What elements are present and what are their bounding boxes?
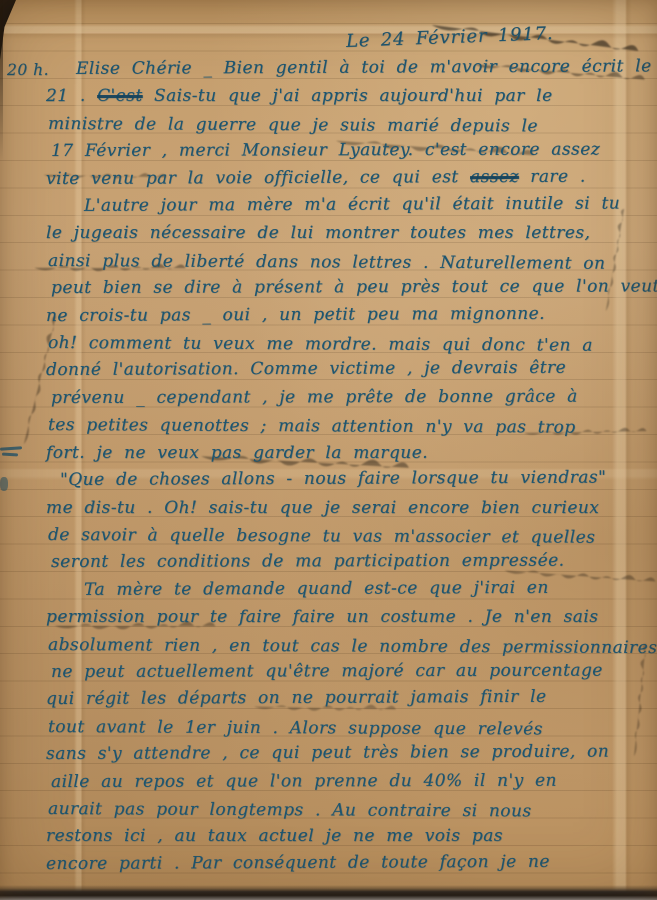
paragraph: L'autre jour ma mère m'a écrit qu'il éta… [46, 193, 649, 467]
handwritten-line: sans s'y attendre , ce qui peut très bie… [46, 739, 649, 769]
handwritten-line: Ta mère te demande quand est-ce que j'ir… [46, 574, 649, 604]
handwritten-line: aurait pas pour longtemps . Au contraire… [48, 796, 651, 826]
handwritten-line: peut bien se dire à présent à peu près t… [51, 274, 654, 303]
handwritten-line: fort. je ne veux pas garder la marque. [46, 440, 649, 467]
handwritten-line: vite venu par la voie officielle, ce qui… [46, 163, 649, 193]
handwritten-line: qui régit les départs on ne pourrait jam… [46, 684, 649, 714]
handwritten-line: prévenu _ cependant , je me prête de bon… [51, 383, 654, 412]
stray-ink-mark [0, 477, 8, 491]
handwritten-line: donné l'autorisation. Comme victime , je… [46, 355, 649, 385]
scan-left-edge [0, 0, 3, 160]
letter-body: Elise Chérie _ Bien gentil à toi de m'av… [0, 56, 657, 878]
handwritten-line: tes petites quenottes ; mais attention n… [48, 412, 651, 442]
handwritten-line: aille au repos et que l'on prenne du 40%… [51, 767, 654, 796]
handwritten-line: le jugeais nécessaire de lui montrer tou… [46, 220, 649, 247]
letter-page: Le 24 Février 1917. 20 h. Elise Chérie _… [0, 0, 657, 900]
handwritten-line: Elise Chérie _ Bien gentil à toi de m'av… [46, 53, 649, 83]
paragraph: Ta mère te demande quand est-ce que j'ir… [46, 577, 649, 878]
handwritten-line: L'autre jour ma mère m'a écrit qu'il éta… [46, 190, 649, 220]
handwritten-line: seront les conditions de ma participatio… [51, 548, 654, 577]
scan-bottom-edge [0, 885, 657, 900]
handwritten-line: 17 Février , merci Monsieur Lyautey. c'e… [51, 137, 654, 166]
handwritten-line: ne peut actuellement qu'être majoré car … [51, 657, 654, 686]
handwritten-line: me dis-tu . Oh! sais-tu que je serai enc… [46, 495, 649, 522]
paragraph: "Que de choses allons - nous faire lorsq… [46, 467, 649, 577]
paragraph: Elise Chérie _ Bien gentil à toi de m'av… [46, 56, 649, 193]
handwritten-line: encore parti . Par conséquent de toute f… [46, 848, 649, 878]
handwritten-line: permission pour te faire faire un costum… [46, 604, 649, 631]
handwritten-line: restons ici , au taux actuel je ne me vo… [46, 823, 649, 850]
handwritten-line: "Que de choses allons - nous faire lorsq… [46, 464, 649, 494]
handwritten-line: ne crois-tu pas _ oui , un petit peu ma … [46, 300, 649, 330]
handwritten-line: 21 . C'est Sais-tu que j'ai appris aujou… [46, 83, 649, 110]
